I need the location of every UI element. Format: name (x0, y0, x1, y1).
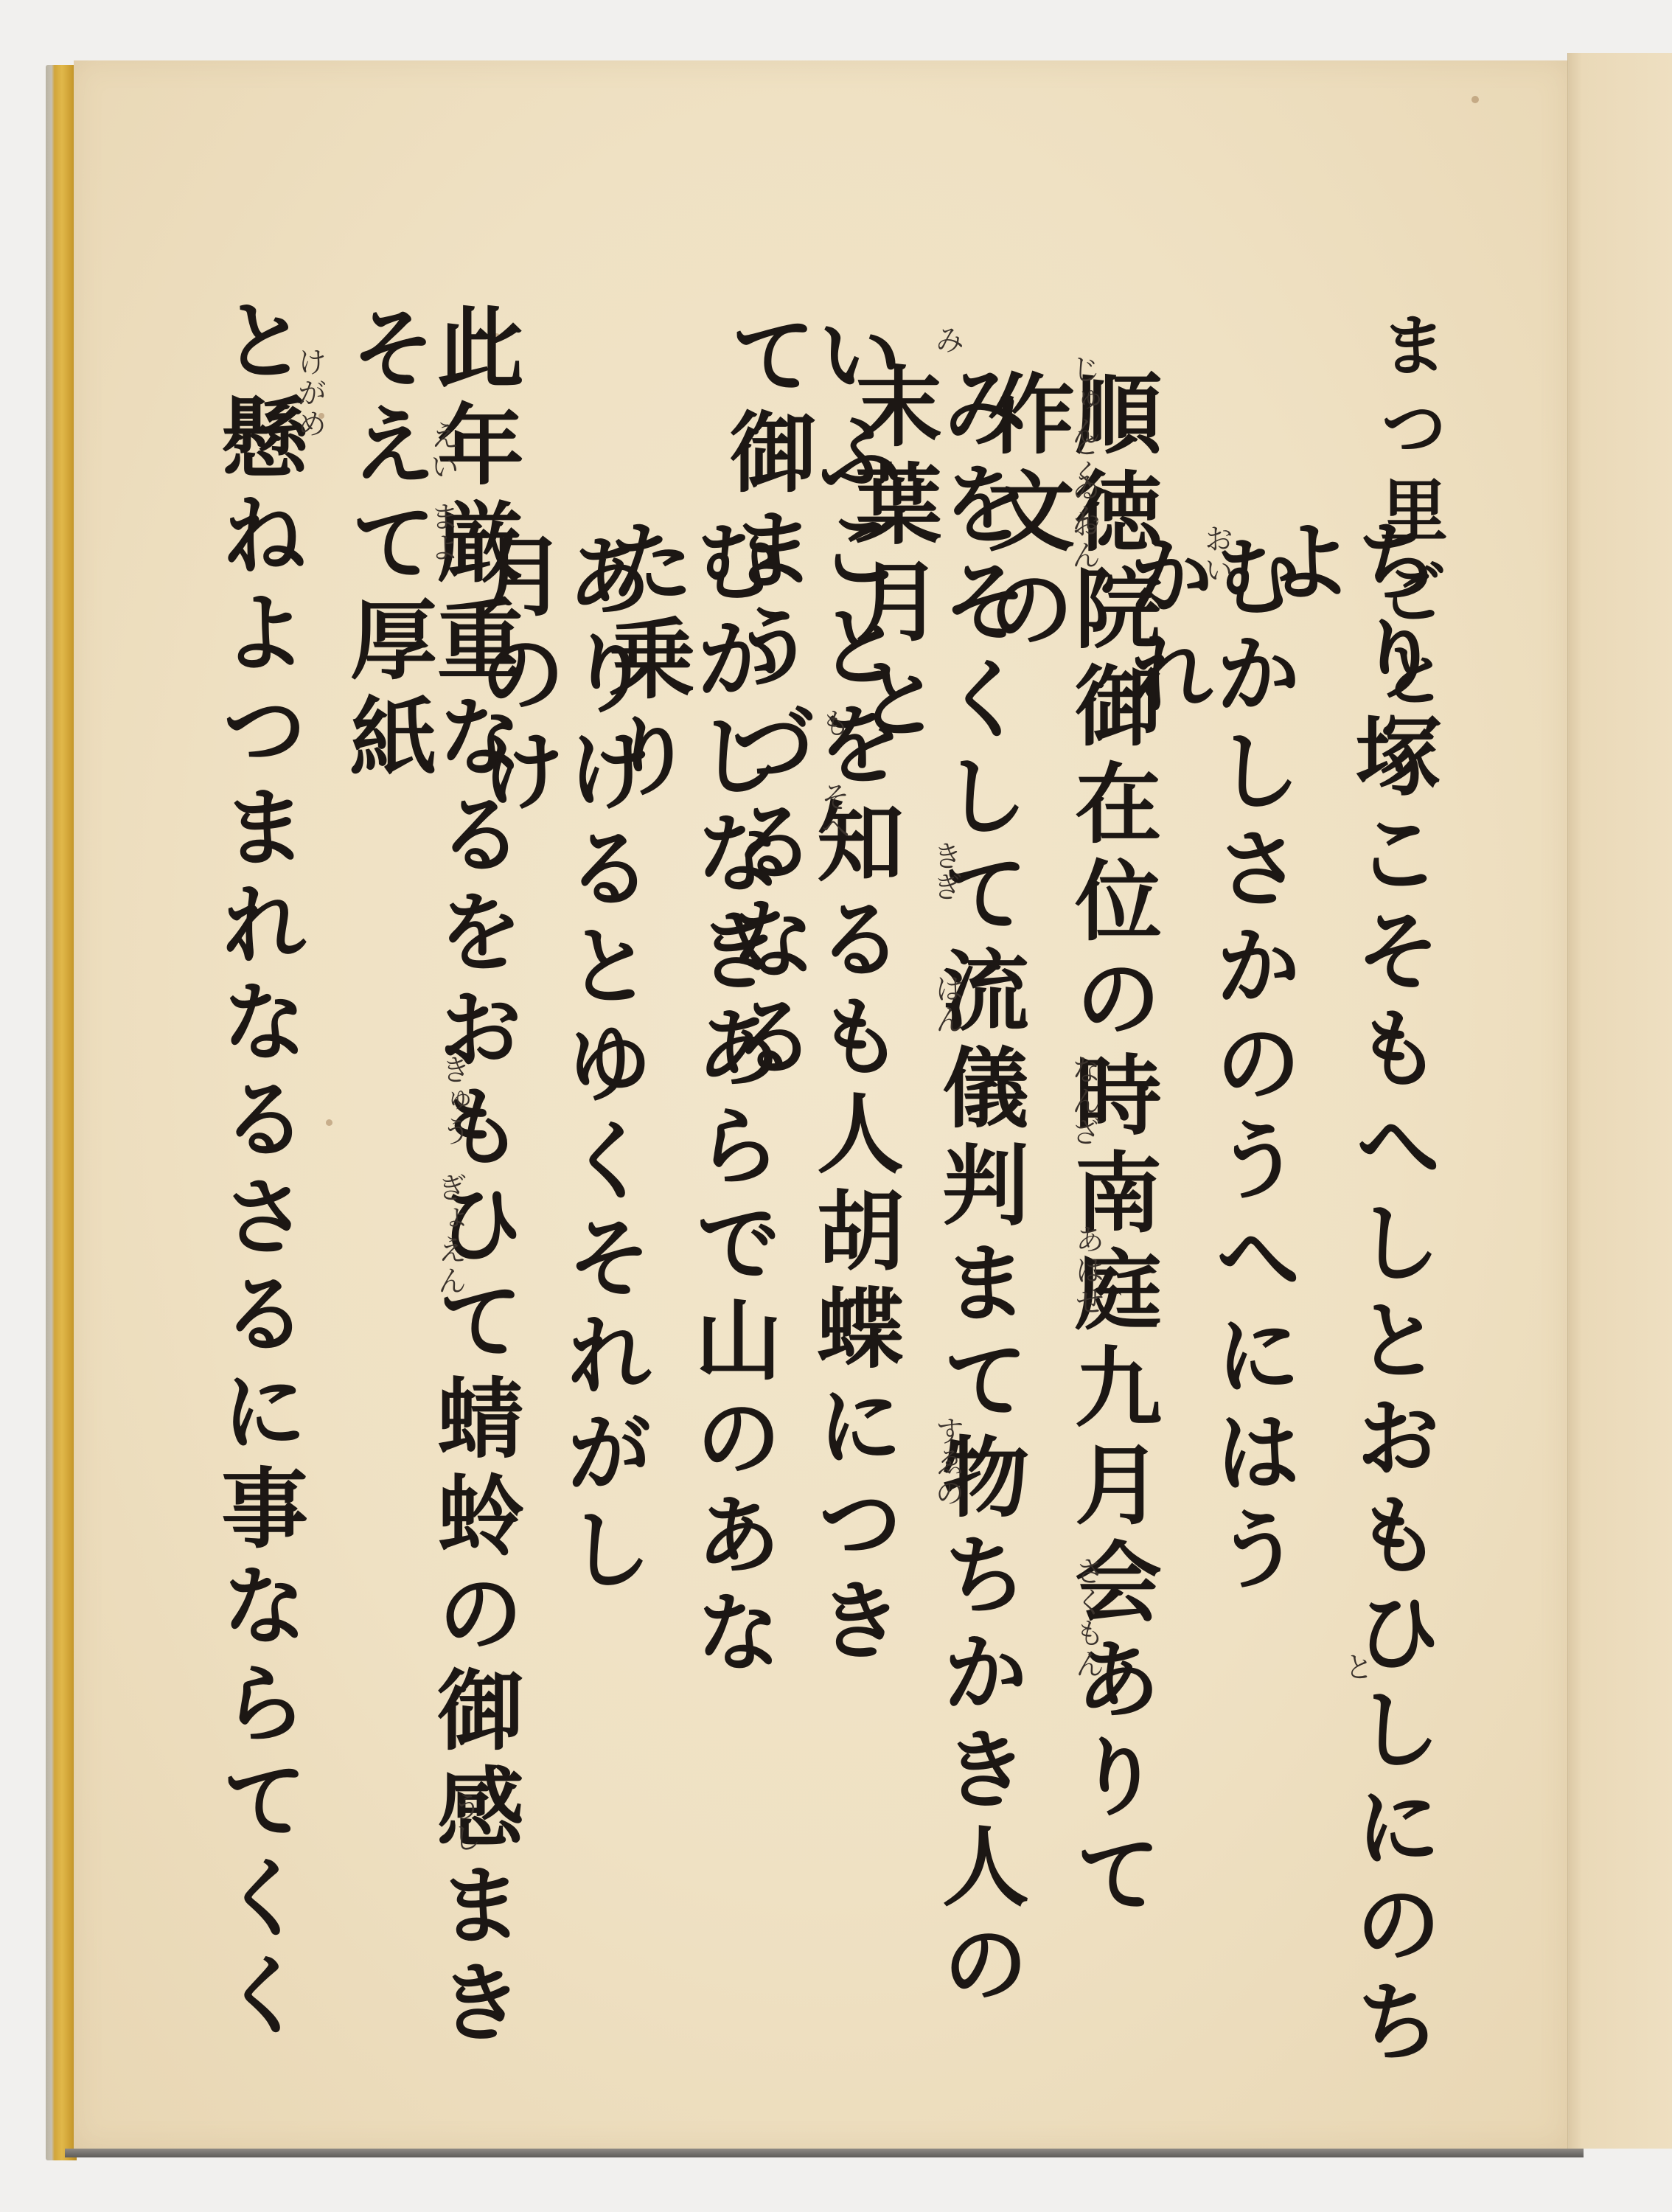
furigana: なんざ (1069, 1054, 1098, 1147)
next-page-edge (1569, 53, 1672, 2149)
furigana: えい (428, 420, 457, 482)
furigana: うし (450, 1792, 479, 1854)
furigana: そへ (818, 782, 848, 844)
text-column-9: と懸ねよつまれなるさるに事ならてくく (214, 295, 301, 2094)
furigana: さくもん (1073, 1556, 1102, 1680)
furigana: きゅう (439, 1054, 468, 1147)
furigana: あはせ (1073, 1224, 1102, 1317)
furigana: ぎょえん (435, 1172, 464, 1296)
furigana: まよ (428, 501, 457, 563)
furigana: と (1342, 1652, 1371, 1683)
furigana: きぎ (930, 841, 960, 902)
furigana: すゑの (933, 1416, 962, 1509)
book-cover-bottom-edge (65, 2149, 1584, 2157)
furigana: み (933, 324, 962, 355)
furigana: おん (1069, 509, 1098, 571)
furigana: おい (1202, 524, 1231, 585)
book-cover-gilt-edge (46, 65, 77, 2160)
text-column-8: 此年厳重なるをおもひて蜻蛉の御感まきそえて厚紙 (343, 302, 517, 2087)
furigana: はん (933, 973, 962, 1035)
foxing-spot (1471, 96, 1479, 103)
furigana: けがめ (295, 347, 324, 439)
foxing-spot (326, 1119, 332, 1126)
furigana: も (818, 708, 848, 739)
